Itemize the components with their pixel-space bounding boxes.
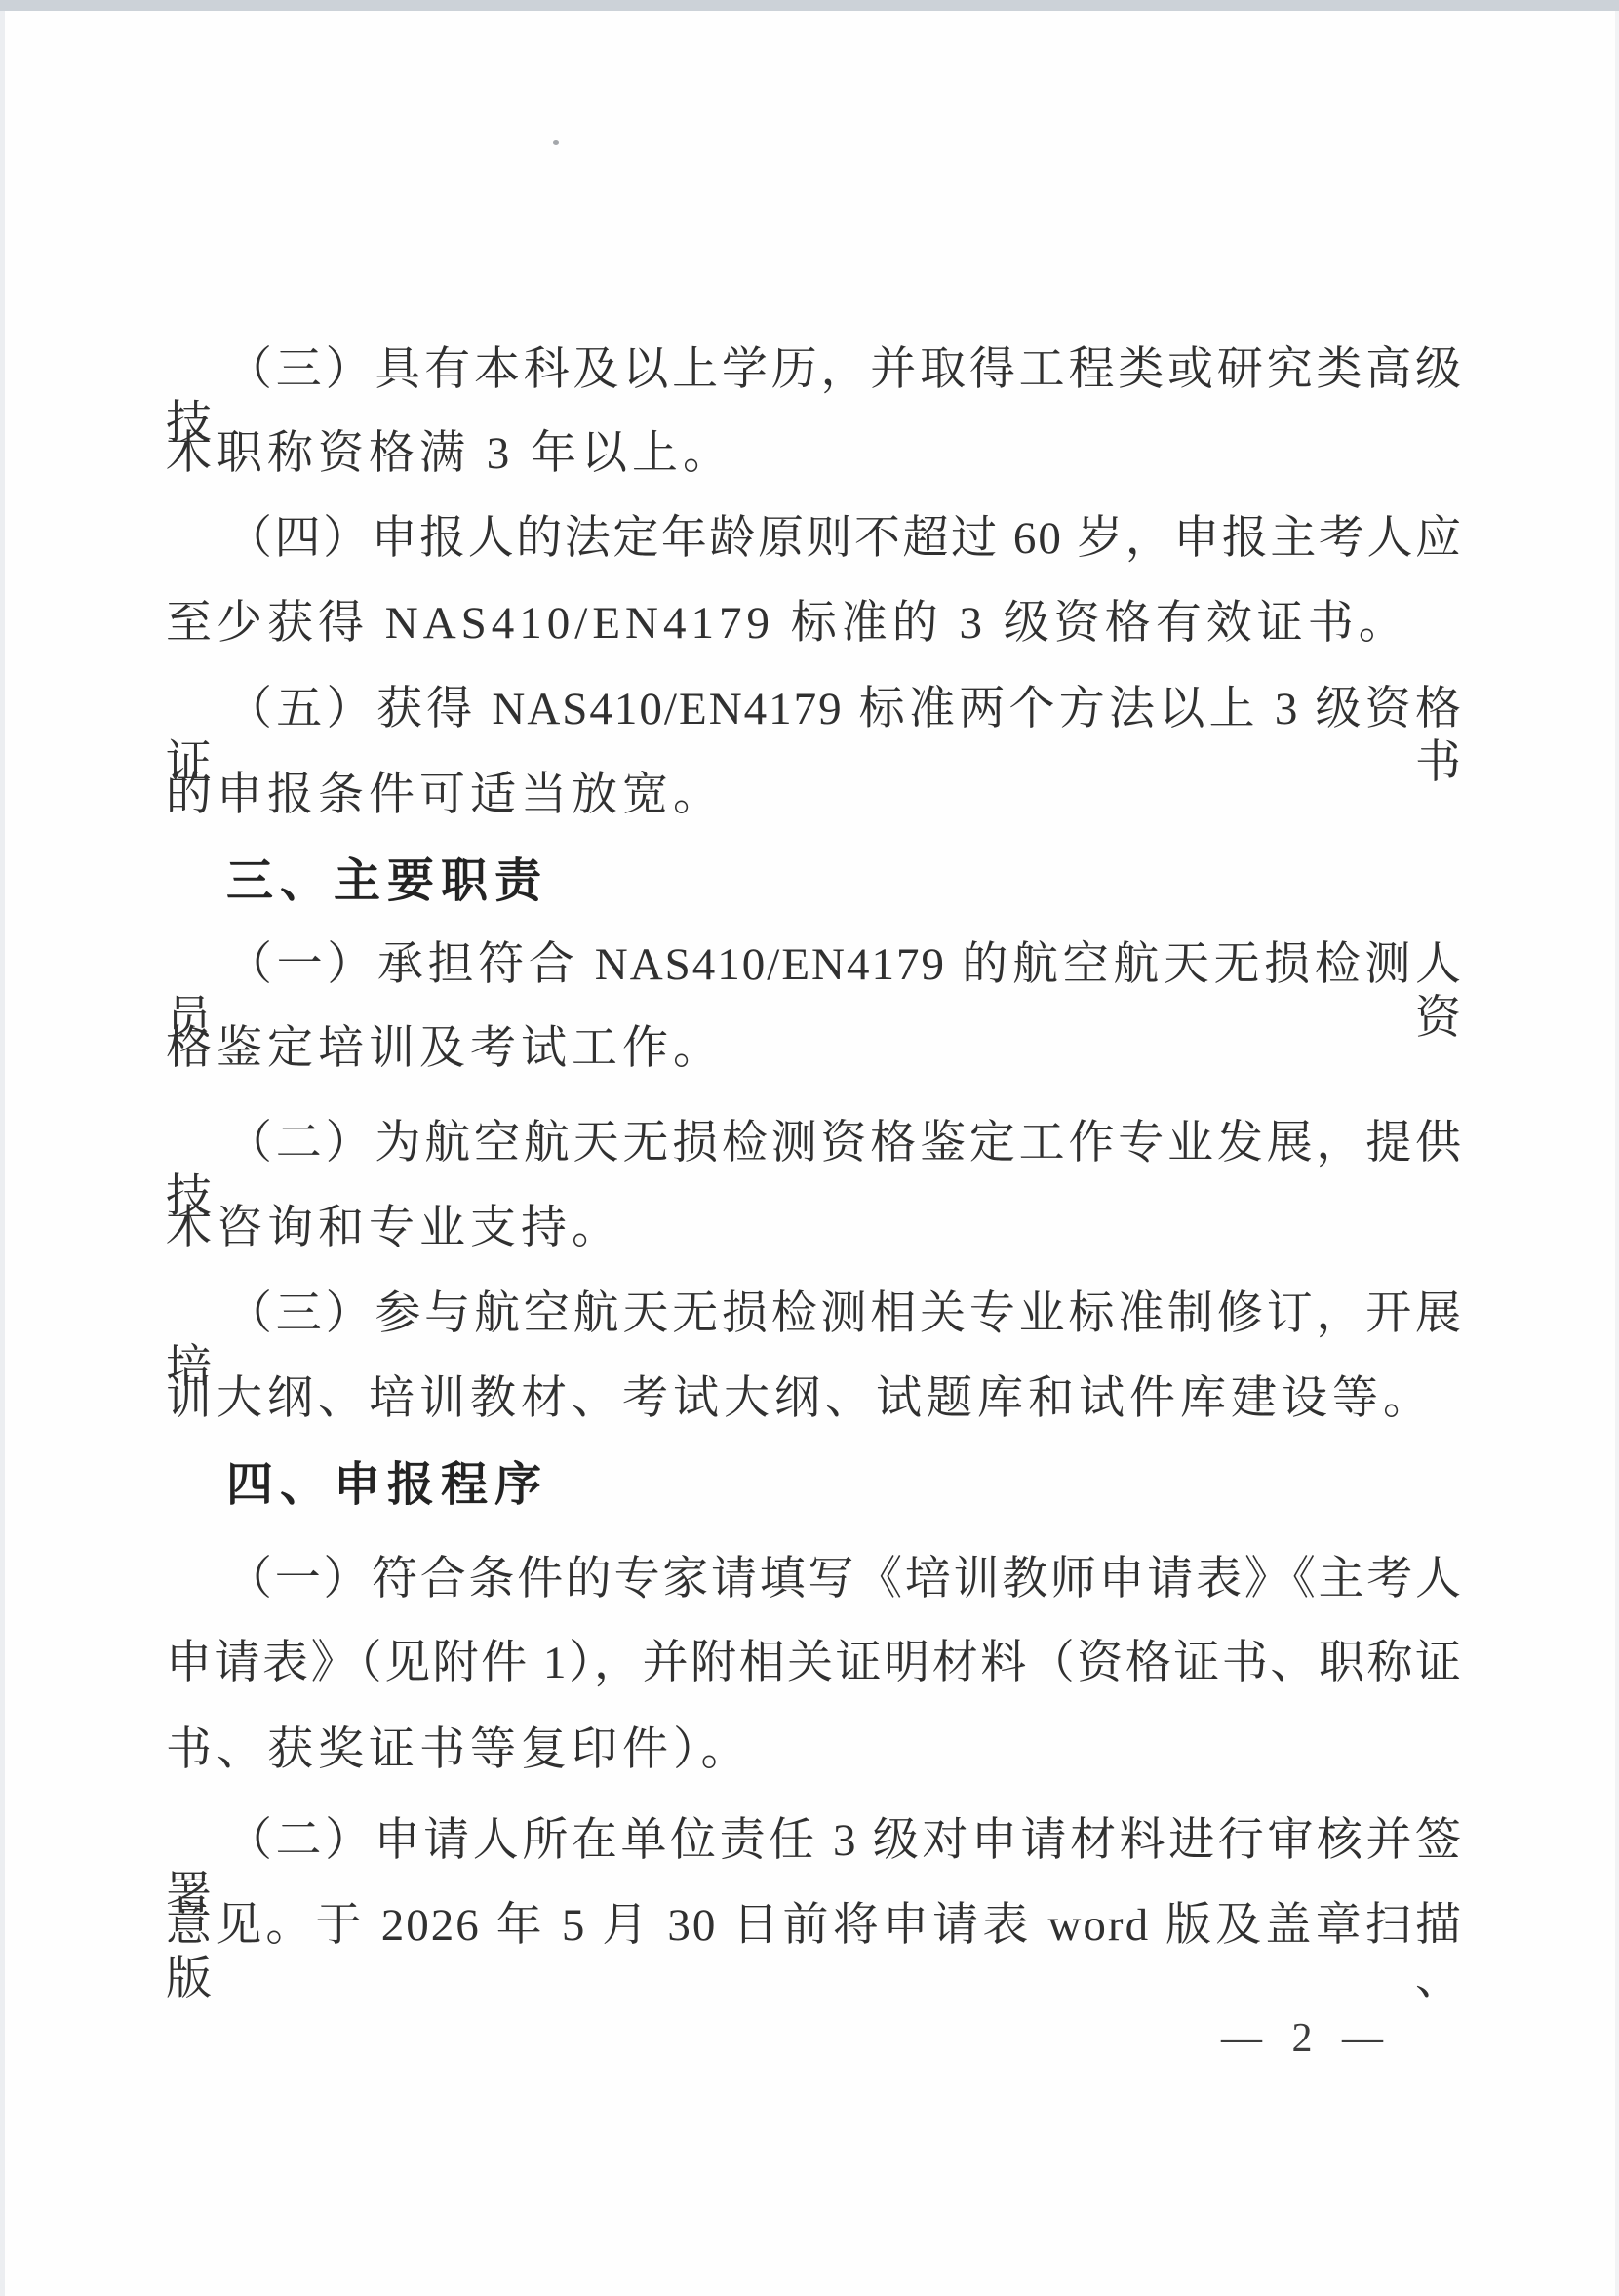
text-line: 书、获奖证书等复印件）。 bbox=[166, 1723, 1463, 1777]
text-line: 术咨询和专业支持。 bbox=[166, 1202, 1463, 1255]
text-line: （一）符合条件的专家请填写《培训教师申请表》《主考人 bbox=[166, 1553, 1463, 1606]
text-line: 意见。于 2026 年 5 月 30 日前将申请表 word 版及盖章扫描版、 bbox=[166, 1899, 1463, 2007]
scan-edge-right bbox=[1615, 11, 1619, 2296]
page-number: — 2 — bbox=[1221, 2015, 1393, 2062]
text-line: 申请表》（见附件 1），并附相关证明材料（资格证书、职称证 bbox=[166, 1637, 1463, 1690]
text-line: 术职称资格满 3 年以上。 bbox=[166, 427, 1463, 481]
scan-edge-top bbox=[0, 0, 1619, 11]
scan-edge-left bbox=[0, 11, 5, 2296]
text-line: （四）申报人的法定年龄原则不超过 60 岁，申报主考人应 bbox=[166, 512, 1463, 566]
text-line: 的申报条件可适当放宽。 bbox=[166, 769, 1463, 822]
text-line: 至少获得 NAS410/EN4179 标准的 3 级资格有效证书。 bbox=[166, 597, 1463, 651]
text-line: 格鉴定培训及考试工作。 bbox=[166, 1022, 1463, 1076]
section-heading-application-procedure: 四、申报程序 bbox=[166, 1458, 1463, 1514]
text-line: 训大纲、培训教材、考试大纲、试题库和试件库建设等。 bbox=[166, 1372, 1463, 1426]
scan-speck bbox=[553, 140, 559, 145]
section-heading-main-duties: 三、主要职责 bbox=[166, 854, 1463, 910]
document-page: （三）具有本科及以上学历，并取得工程类或研究类高级技 术职称资格满 3 年以上。… bbox=[0, 0, 1619, 2296]
